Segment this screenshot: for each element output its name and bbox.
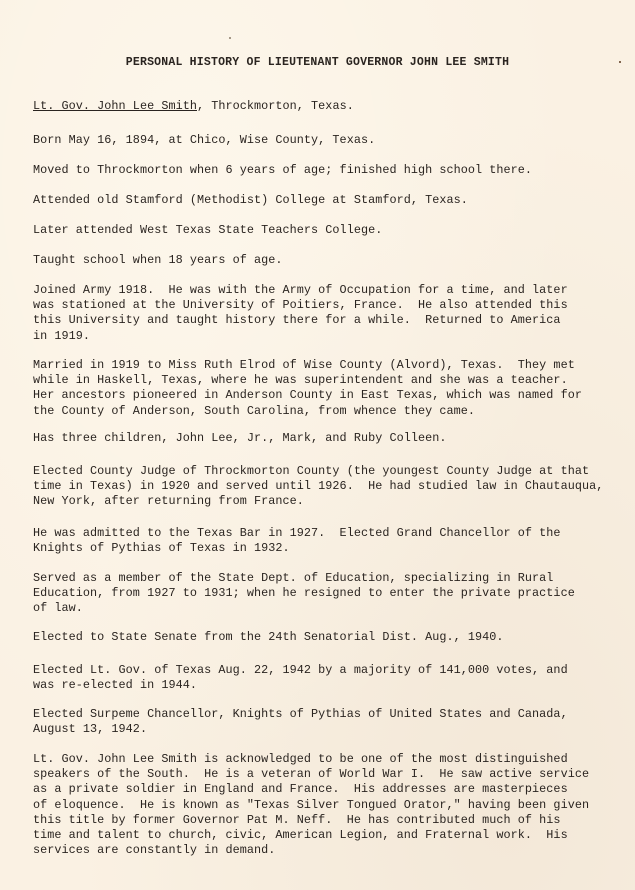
subject-location: , Throckmorton, Texas. [197, 99, 354, 113]
paragraph-supreme-chancellor: Elected Surpeme Chancellor, Knights of P… [33, 707, 633, 737]
paragraph-lt-gov: Elected Lt. Gov. of Texas Aug. 22, 1942 … [33, 663, 633, 693]
paragraph-children: Has three children, John Lee, Jr., Mark,… [33, 431, 633, 446]
document-title: PERSONAL HISTORY OF LIEUTENANT GOVERNOR … [0, 56, 635, 69]
header-line: Lt. Gov. John Lee Smith, Throckmorton, T… [33, 99, 633, 114]
paragraph-army: Joined Army 1918. He was with the Army o… [33, 283, 633, 344]
paragraph-moved: Moved to Throckmorton when 6 years of ag… [33, 163, 633, 178]
paragraph-education: Served as a member of the State Dept. of… [33, 571, 633, 617]
paragraph-married: Married in 1919 to Miss Ruth Elrod of Wi… [33, 358, 633, 419]
paragraph-senate: Elected to State Senate from the 24th Se… [33, 630, 633, 645]
paragraph-birth: Born May 16, 1894, at Chico, Wise County… [33, 133, 633, 148]
paragraph-orator: Lt. Gov. John Lee Smith is acknowledged … [33, 752, 633, 858]
paper-speck [619, 61, 621, 63]
paragraph-west-texas: Later attended West Texas State Teachers… [33, 223, 633, 238]
paragraph-taught: Taught school when 18 years of age. [33, 253, 633, 268]
paper-speck [229, 37, 231, 39]
typewritten-page: PERSONAL HISTORY OF LIEUTENANT GOVERNOR … [0, 0, 635, 890]
paragraph-texas-bar: He was admitted to the Texas Bar in 1927… [33, 526, 633, 556]
subject-name: Lt. Gov. John Lee Smith [33, 99, 197, 113]
paragraph-stamford: Attended old Stamford (Methodist) Colleg… [33, 193, 633, 208]
paragraph-county-judge: Elected County Judge of Throckmorton Cou… [33, 464, 633, 510]
